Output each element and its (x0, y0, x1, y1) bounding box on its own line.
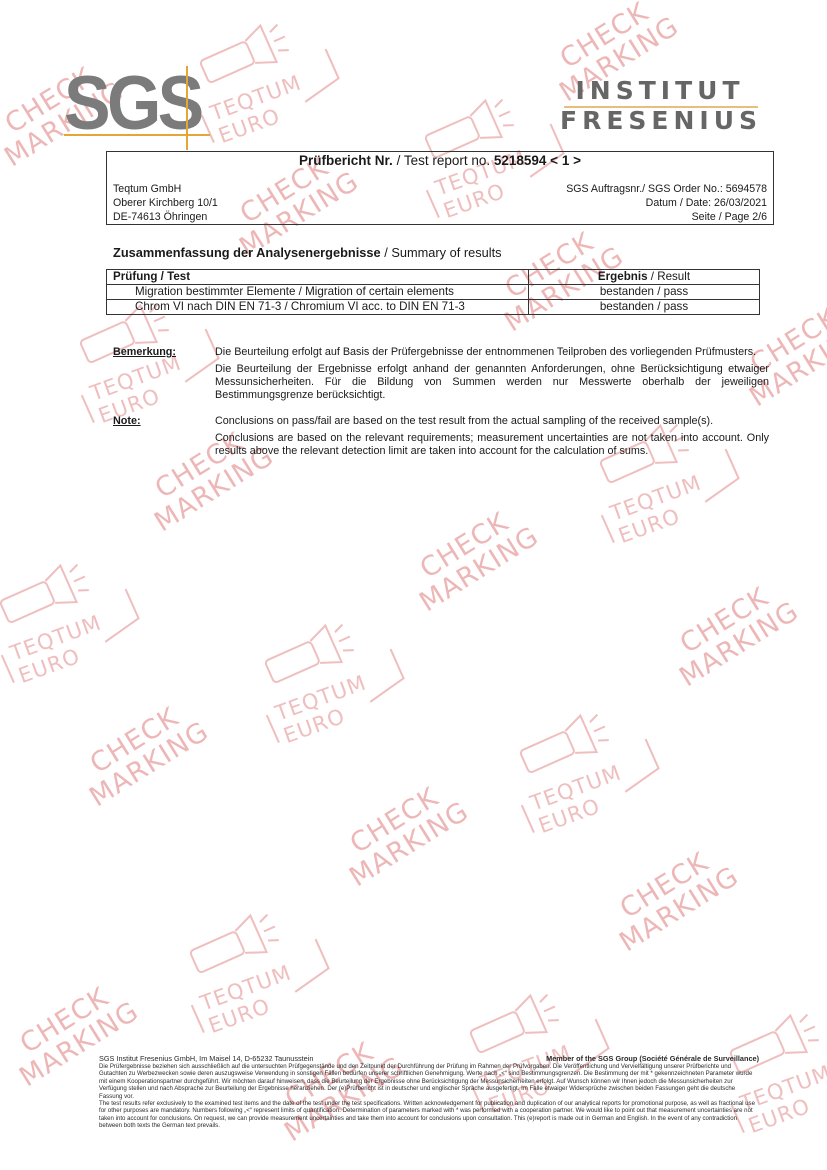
report-title: Prüfbericht Nr. / Test report no. 521859… (107, 153, 773, 168)
client-address: Teqtum GmbH Oberer Kirchberg 10/1 DE-746… (113, 182, 218, 224)
watermark-teqtum-euro: TEQTUM EURO (0, 530, 155, 700)
summary-heading-en: / Summary of results (381, 245, 502, 260)
watermark-check-marking: CHECKMARKING (600, 839, 744, 958)
watermark-check-marking: CHECKMARKING (660, 574, 804, 693)
sgs-logo: SGS (64, 66, 214, 146)
order-number: SGS Auftragsnr./ SGS Order No.: 5694578 (566, 182, 767, 196)
report-title-en: / Test report no. (393, 153, 494, 168)
footer-legal-de: Die Prüfergebnisse beziehen sich ausschl… (99, 1063, 759, 1100)
remark-paragraph: Die Beurteilung erfolgt auf Basis der Pr… (215, 346, 769, 359)
summary-table: Prüfung / Test Ergebnis / Result Migrati… (106, 269, 760, 315)
test-name: Migration bestimmter Elemente / Migratio… (107, 285, 529, 300)
watermark-check-marking: CHECKMARKING (400, 499, 544, 618)
test-result: bestanden / pass (529, 300, 760, 315)
page-footer: SGS Institut Fresenius GmbH, Im Maisel 1… (99, 1054, 759, 1130)
column-header-result: Ergebnis / Result (529, 270, 760, 285)
page-number: Seite / Page 2/6 (566, 210, 767, 224)
watermark-check-marking: CHECKMARKING (70, 694, 214, 813)
test-result: bestanden / pass (529, 285, 760, 300)
table-row: Migration bestimmter Elemente / Migratio… (107, 285, 760, 300)
client-city: DE-74613 Öhringen (113, 210, 218, 224)
logo-line-institut: INSTITUT (560, 76, 760, 105)
sgs-logo-text: SGS (64, 66, 201, 142)
logo-divider (64, 134, 210, 136)
client-name: Teqtum GmbH (113, 182, 218, 196)
footer-address: SGS Institut Fresenius GmbH, Im Maisel 1… (99, 1054, 313, 1063)
table-row: Chrom VI nach DIN EN 71-3 / Chromium VI … (107, 300, 760, 315)
report-date: Datum / Date: 26/03/2021 (566, 196, 767, 210)
test-name: Chrom VI nach DIN EN 71-3 / Chromium VI … (107, 300, 529, 315)
watermark-teqtum-euro: TEQTUM EURO (475, 680, 675, 850)
report-title-de: Prüfbericht Nr. (299, 153, 393, 168)
remark-paragraph: Die Beurteilung der Ergebnisse erfolgt a… (215, 363, 769, 402)
footer-member: Member of the SGS Group (Société Général… (546, 1054, 759, 1063)
client-street: Oberer Kirchberg 10/1 (113, 196, 218, 210)
remark-paragraph: Conclusions on pass/fail are based on th… (215, 415, 769, 428)
table-header-row: Prüfung / Test Ergebnis / Result (107, 270, 760, 285)
report-number: 5218594 < 1 > (494, 153, 581, 168)
logo-divider (186, 66, 188, 150)
watermark-teqtum-euro: TEQTUM EURO (220, 590, 420, 760)
summary-heading: Zusammenfassung der Analysenergebnisse /… (113, 245, 502, 260)
remark-label-en: Note: (113, 415, 141, 427)
remark-paragraph: Conclusions are based on the relevant re… (215, 432, 769, 458)
remark-body-de: Die Beurteilung erfolgt auf Basis der Pr… (215, 346, 769, 406)
remark-body-en: Conclusions on pass/fail are based on th… (215, 415, 769, 462)
report-header-box: Prüfbericht Nr. / Test report no. 521859… (106, 151, 774, 225)
remark-label-de: Bemerkung: (113, 346, 176, 358)
institut-fresenius-logo: INSTITUT FRESENIUS (560, 76, 760, 136)
footer-legal-en: The test results refer exclusively to th… (99, 1100, 759, 1130)
summary-heading-de: Zusammenfassung der Analysenergebnisse (113, 245, 381, 260)
watermark-check-marking: CHECKMARKING (330, 774, 474, 893)
column-header-test: Prüfung / Test (107, 270, 529, 285)
logo-line-fresenius: FRESENIUS (560, 106, 760, 135)
order-info: SGS Auftragsnr./ SGS Order No.: 5694578 … (566, 182, 767, 224)
watermark-teqtum-euro: TEQTUM EURO (145, 880, 345, 1050)
